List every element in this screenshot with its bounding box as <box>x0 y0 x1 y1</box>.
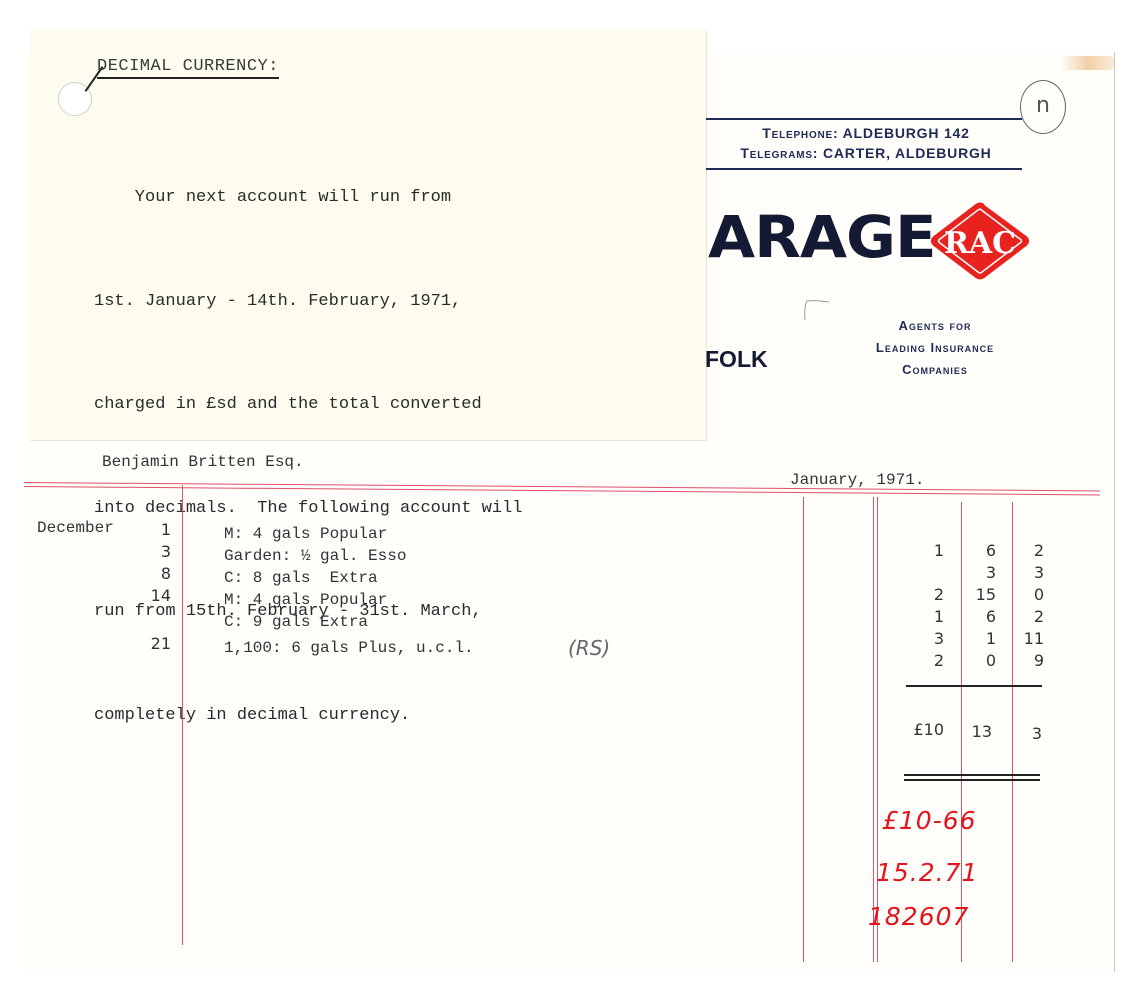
entry-pounds: 3 <box>904 629 944 648</box>
paid-date-annotation: 15.2.71 <box>876 858 978 887</box>
entry-day: 8 <box>125 564 171 583</box>
ledger-column-rule <box>873 497 874 962</box>
location-suffolk: FOLK <box>705 346 768 373</box>
entry-day: 21 <box>125 634 171 653</box>
rac-badge-icon: RAC <box>930 201 1030 281</box>
notice-line: Your next account will run from <box>94 181 694 216</box>
pen-mark-icon <box>803 298 833 322</box>
notice-title: DECIMAL CURRENCY: <box>97 57 279 79</box>
notice-line: 1st. January - 14th. February, 1971, <box>94 285 694 320</box>
entry-pounds: 2 <box>904 585 944 604</box>
contact-block: Telephone: ALDEBURGH 142 Telegrams: CART… <box>706 123 1026 163</box>
subtotal-rule <box>906 685 1042 687</box>
invoice-date: January, 1971. <box>790 471 924 489</box>
total-shillings: 13 <box>952 722 992 741</box>
entry-pence: 0 <box>1004 585 1044 604</box>
ledger-column-rule <box>803 497 804 962</box>
handwritten-initials: (RS) <box>568 636 610 660</box>
customer-name: Benjamin Britten Esq. <box>102 453 304 471</box>
entry-description: C: 9 gals Extra <box>224 613 368 631</box>
agents-line: Companies <box>840 359 1030 381</box>
total-pounds: £10 <box>902 720 944 739</box>
contact-rule-bottom <box>706 168 1022 170</box>
entry-pounds: 1 <box>904 541 944 560</box>
total-pence: 3 <box>1002 724 1042 743</box>
entry-description: Garden: ½ gal. Esso <box>224 547 406 565</box>
entry-pence: 11 <box>1004 629 1044 648</box>
agents-line: Agents for <box>840 315 1030 337</box>
agents-block: Agents for Leading Insurance Companies <box>840 315 1030 381</box>
total-double-rule <box>904 774 1040 776</box>
reference-circle: n <box>1020 80 1066 134</box>
agents-line: Leading Insurance <box>840 337 1030 359</box>
entry-description: 1,100: 6 gals Plus, u.c.l. <box>224 639 474 657</box>
entry-description: M: 4 gals Popular <box>224 591 387 609</box>
entry-pence: 9 <box>1004 651 1044 670</box>
ledger-column-rule <box>182 485 183 945</box>
entry-pounds: 2 <box>904 651 944 670</box>
notice-line: run from 15th. February - 31st. March, <box>94 595 694 630</box>
entry-shillings: 1 <box>956 629 996 648</box>
entry-day: 1 <box>125 520 171 539</box>
entry-day: 14 <box>125 586 171 605</box>
paper-stain <box>1060 56 1115 70</box>
entry-pounds: 1 <box>904 607 944 626</box>
notice-body: Your next account will run from 1st. Jan… <box>94 112 694 768</box>
telephone: Telephone: ALDEBURGH 142 <box>706 123 1026 143</box>
entry-shillings: 0 <box>956 651 996 670</box>
entry-shillings: 3 <box>956 563 996 582</box>
entry-day: 3 <box>125 542 171 561</box>
reference-annotation: 182607 <box>868 902 969 931</box>
entry-pence: 2 <box>1004 607 1044 626</box>
rac-label: RAC <box>944 226 1016 261</box>
entry-month: December <box>37 519 114 537</box>
entry-shillings: 6 <box>956 607 996 626</box>
garage-name: ARAGE <box>708 205 936 269</box>
total-double-rule <box>904 779 1040 781</box>
contact-rule-top <box>706 118 1022 120</box>
telegrams: Telegrams: CARTER, ALDEBURGH <box>706 143 1026 163</box>
notice-line: charged in £sd and the total converted <box>94 388 694 423</box>
entry-pence: 2 <box>1004 541 1044 560</box>
notice-line: into decimals. The following account wil… <box>94 492 694 527</box>
entry-description: C: 8 gals Extra <box>224 569 378 587</box>
entry-pence: 3 <box>1004 563 1044 582</box>
decimal-total-annotation: £10-66 <box>882 806 977 835</box>
entry-shillings: 6 <box>956 541 996 560</box>
notice-line: completely in decimal currency. <box>94 699 694 734</box>
entry-shillings: 15 <box>956 585 996 604</box>
entry-description: M: 4 gals Popular <box>224 525 387 543</box>
ledger-column-rule <box>877 497 878 962</box>
